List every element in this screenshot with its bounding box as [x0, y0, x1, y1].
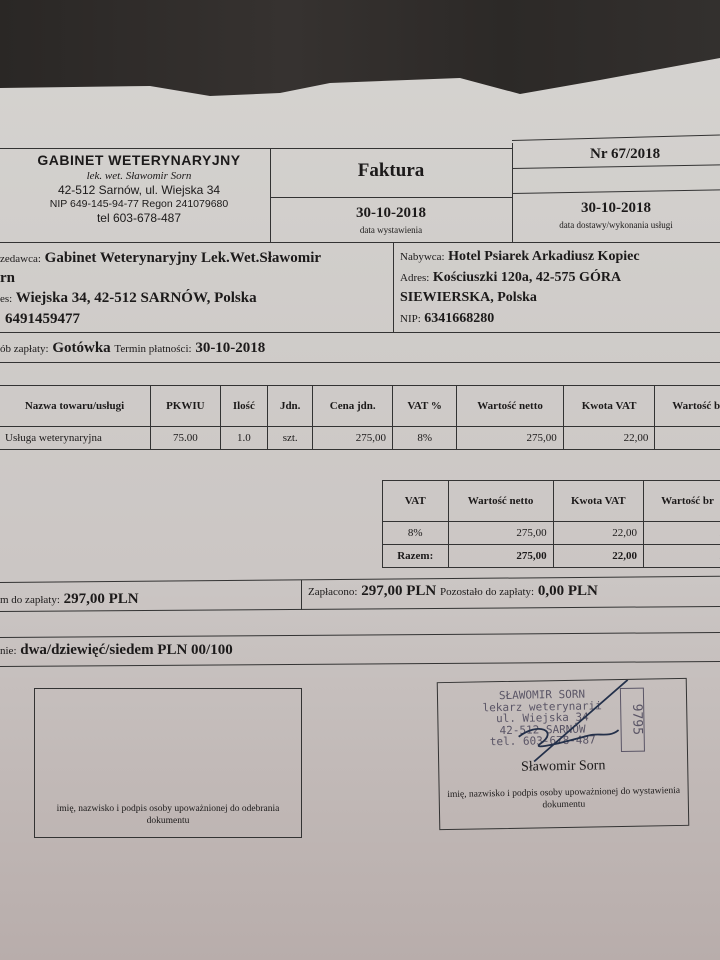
clinic-name: GABINET WETERYNARYJNY: [10, 152, 268, 170]
column-header: Wartość netto: [457, 386, 563, 427]
buyer-nip-label: NIP:: [400, 313, 421, 325]
receiver-signature-box: imię, nazwisko i podpis osoby upoważnion…: [34, 688, 302, 838]
seller-name-cont: rn: [0, 270, 15, 287]
column-header: VAT %: [392, 386, 456, 427]
issue-date: 30-10-2018: [270, 205, 512, 222]
table-row: Razem:275,0022,002: [383, 545, 720, 568]
doctor-name: lek. wet. Sławomir Sorn: [10, 170, 268, 184]
table-cell: 275,00: [448, 545, 553, 568]
buyer-label: Nabywca:: [400, 251, 445, 263]
buyer-nip-row: NIP: 6341668280: [400, 311, 494, 327]
seller-label: zedawca:: [0, 253, 41, 265]
rule: [0, 632, 720, 638]
table-cell: 2: [644, 522, 720, 545]
vat-summary-table: VATWartość nettoKwota VATWartość br 8%27…: [382, 480, 720, 568]
payment-method: Gotówka: [52, 340, 110, 356]
receiver-signature-caption: imię, nazwisko i podpis osoby upoważnion…: [35, 803, 301, 828]
table-cell: 275,00: [313, 427, 393, 450]
issuer-name: Sławomir Sorn: [439, 757, 687, 777]
buyer-address-line1: Kościuszki 120a, 42-575 GÓRA: [433, 270, 621, 285]
column-header: VAT: [383, 481, 449, 522]
table-cell: 2: [644, 545, 720, 568]
table-cell: 22,00: [563, 427, 655, 450]
total-to-pay-label: m do zapłaty:: [0, 594, 60, 606]
column-header: Wartość b: [655, 386, 720, 427]
clinic-address: 42-512 Sarnów, ul. Wiejska 34: [10, 183, 268, 198]
buyer-address-row: Adres: Kościuszki 120a, 42-575 GÓRA: [400, 270, 621, 286]
items-header-row: Nazwa towaru/usługiPKWIUIlośćJdn.Cena jd…: [0, 386, 720, 427]
remaining-amount: 0,00 PLN: [538, 583, 598, 599]
seller-nip: 6491459477: [5, 311, 80, 328]
column-header: Ilość: [220, 386, 267, 427]
seller-address: Wiejska 34, 42-512 SARNÓW, Polska: [16, 290, 257, 306]
rule: [270, 197, 512, 198]
payment-method-label: ób zapłaty:: [0, 343, 49, 355]
buyer-name-row: Nabywca: Hotel Psiarek Arkadiusz Kopiec: [400, 249, 640, 265]
amount-in-words-label: nie:: [0, 645, 17, 657]
rule: [512, 189, 720, 194]
column-header: Kwota VAT: [553, 481, 643, 522]
column-header: Wartość br: [644, 481, 720, 522]
document-type: Faktura: [270, 160, 512, 182]
table-cell: 275,00: [448, 522, 553, 545]
payment-due-date: 30-10-2018: [195, 340, 265, 356]
rule: [0, 576, 720, 583]
clinic-ids: NIP 649-145-94-77 Regon 241079680: [10, 198, 268, 211]
invoice-paper: GABINET WETERYNARYJNY lek. wet. Sławomir…: [0, 0, 720, 960]
items-table: Nazwa towaru/usługiPKWIUIlośćJdn.Cena jd…: [0, 385, 720, 450]
buyer-address-line2: SIEWIERSKA, Polska: [400, 290, 537, 306]
column-header: Wartość netto: [448, 481, 553, 522]
table-cell: Razem:: [383, 545, 449, 568]
rule: [0, 148, 512, 149]
rule: [512, 135, 720, 141]
amount-in-words-row: nie: dwa/dziewięć/siedem PLN 00/100: [0, 642, 233, 659]
clinic-phone: tel 603-678-487: [10, 211, 268, 226]
delivery-date: 30-10-2018: [512, 200, 720, 217]
total-to-pay: 297,00 PLN: [64, 591, 139, 607]
invoice-number: Nr 67/2018: [590, 146, 660, 163]
column-header: Kwota VAT: [563, 386, 655, 427]
rule: [0, 332, 720, 333]
paid-amount: 297,00 PLN: [361, 583, 436, 599]
table-cell: 2: [655, 427, 720, 450]
rule: [512, 164, 720, 169]
vat-header-row: VATWartość nettoKwota VATWartość br: [383, 481, 720, 522]
issuer-signature-box: SŁAWOMIR SORNlekarz weterynariiul. Wiejs…: [437, 678, 690, 830]
seller-address-label: es:: [0, 293, 12, 305]
table-cell: 1.0: [220, 427, 267, 450]
seller-name: Gabinet Weterynaryjny Lek.Wet.Sławomir: [45, 250, 321, 266]
buyer-name: Hotel Psiarek Arkadiusz Kopiec: [448, 249, 639, 264]
table-cell: szt.: [268, 427, 313, 450]
table-cell: 22,00: [553, 545, 643, 568]
seller-stamp: GABINET WETERYNARYJNY lek. wet. Sławomir…: [10, 152, 268, 226]
column-header: PKWIU: [150, 386, 220, 427]
table-row: Usługa weterynaryjna75.001.0szt.275,008%…: [0, 427, 720, 450]
total-to-pay-row: m do zapłaty: 297,00 PLN: [0, 591, 139, 608]
column-header: Nazwa towaru/usługi: [0, 386, 150, 427]
table-row: 8%275,0022,002: [383, 522, 720, 545]
table-cell: 275,00: [457, 427, 563, 450]
amount-in-words: dwa/dziewięć/siedem PLN 00/100: [20, 642, 232, 658]
rule: [0, 362, 720, 363]
payment-row: ób zapłaty: Gotówka Termin płatności: 30…: [0, 340, 265, 357]
issue-date-label: data wystawienia: [270, 225, 512, 235]
table-cell: 22,00: [553, 522, 643, 545]
delivery-date-label: data dostawy/wykonania usługi: [512, 220, 720, 230]
remaining-label: Pozostało do zapłaty:: [440, 586, 534, 598]
table-cell: 8%: [383, 522, 449, 545]
table-cell: 8%: [392, 427, 456, 450]
rule: [0, 242, 720, 243]
column-header: Cena jdn.: [313, 386, 393, 427]
buyer-address-label: Adres:: [400, 272, 429, 284]
table-cell: 75.00: [150, 427, 220, 450]
table-cell: Usługa weterynaryjna: [0, 427, 150, 450]
paid-row: Zapłacono: 297,00 PLN Pozostało do zapła…: [308, 583, 598, 600]
rule: [301, 580, 302, 610]
payment-due-label: Termin płatności:: [114, 343, 191, 355]
seller-name-row: zedawca: Gabinet Weterynaryjny Lek.Wet.S…: [0, 250, 321, 267]
issuer-signature-caption: imię, nazwisko i podpis osoby upoważnion…: [440, 785, 688, 814]
column-header: Jdn.: [268, 386, 313, 427]
buyer-nip: 6341668280: [424, 311, 494, 326]
paid-label: Zapłacono:: [308, 586, 357, 598]
rule: [0, 661, 720, 667]
rule: [393, 242, 394, 332]
seller-address-row: es: Wiejska 34, 42-512 SARNÓW, Polska: [0, 290, 257, 307]
